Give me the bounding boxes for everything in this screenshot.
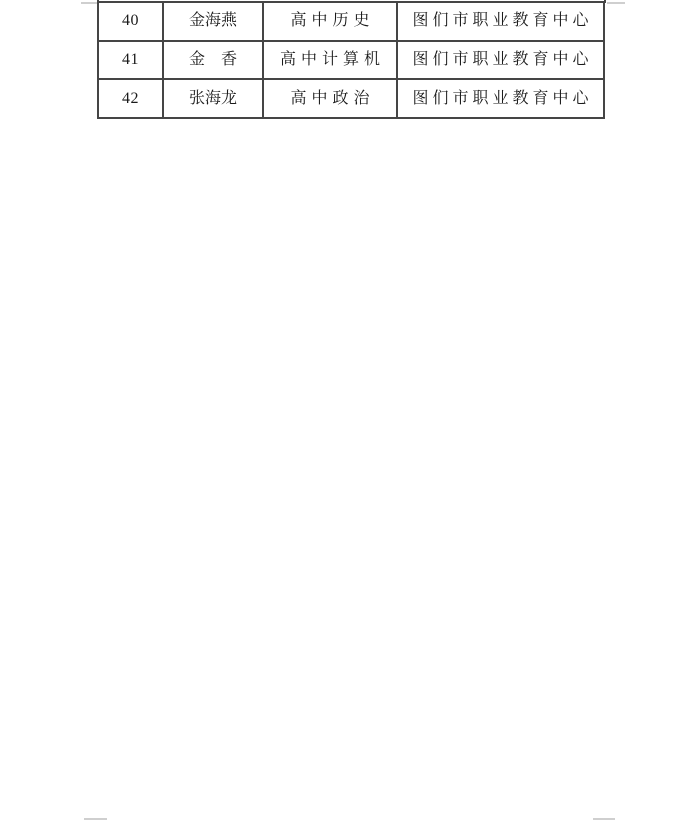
table-row: 42 张海龙 高中政治 图们市职业教育中心 [98, 79, 604, 118]
crop-mark-bottom-right [593, 818, 615, 820]
row-number-cell: 40 [98, 2, 163, 41]
crop-mark-top-left [81, 2, 98, 4]
subject-cell: 高中政治 [263, 79, 397, 118]
name-cell: 金 香 [163, 41, 263, 80]
school-cell: 图们市职业教育中心 [397, 41, 604, 80]
school-cell: 图们市职业教育中心 [397, 2, 604, 41]
row-number-cell: 42 [98, 79, 163, 118]
row-number-cell: 41 [98, 41, 163, 80]
crop-mark-top-right [607, 2, 625, 4]
table-row: 41 金 香 高中计算机 图们市职业教育中心 [98, 41, 604, 80]
document-page: 40 金海燕 高中历史 图们市职业教育中心 41 金 香 高中计算机 图们市职业… [0, 0, 700, 822]
table-row: 40 金海燕 高中历史 图们市职业教育中心 [98, 2, 604, 41]
name-cell: 张海龙 [163, 79, 263, 118]
name-cell: 金海燕 [163, 2, 263, 41]
crop-mark-bottom-left [84, 818, 107, 820]
subject-cell: 高中计算机 [263, 41, 397, 80]
teacher-roster-table: 40 金海燕 高中历史 图们市职业教育中心 41 金 香 高中计算机 图们市职业… [97, 1, 605, 119]
school-cell: 图们市职业教育中心 [397, 79, 604, 118]
subject-cell: 高中历史 [263, 2, 397, 41]
